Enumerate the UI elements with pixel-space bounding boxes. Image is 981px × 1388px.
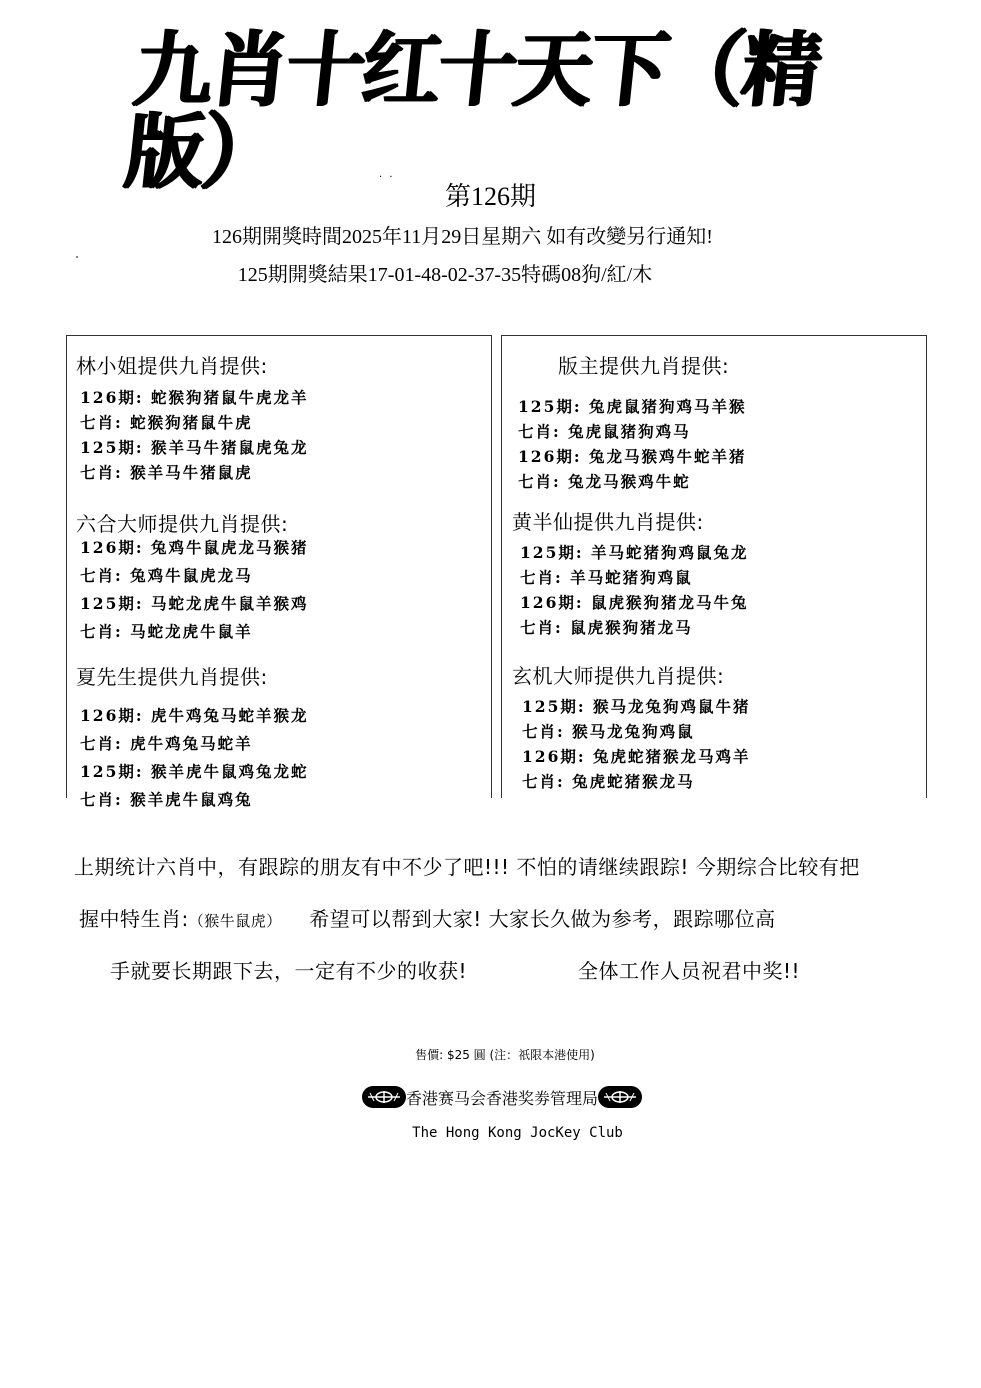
prediction-line: 125期: 猴羊马牛猪鼠虎兔龙: [80, 436, 308, 458]
message-text: 手就要长期跟下去，一定有不少的收获!: [110, 959, 467, 983]
prediction-line: 126期: 兔鸡牛鼠虎龙马猴猪: [80, 536, 308, 558]
last-draw-result: 125期開獎結果17-01-48-02-37-35特碼08狗/紅/木: [0, 258, 890, 287]
prediction-line: 七肖: 鼠虎猴狗猪龙马: [520, 616, 693, 638]
special-zodiac-pick: （猴牛鼠虎）: [189, 912, 282, 930]
section-title: 夏先生提供九肖提供:: [76, 661, 268, 690]
message-line-2: 握中特生肖:（猴牛鼠虎） 希望可以帮到大家! 大家长久做为参考，跟踪哪位高: [79, 903, 776, 932]
draw-time-notice: 126期開獎時間2025年11月29日星期六 如有改變另行通知!: [0, 220, 925, 249]
prediction-line: 125期: 兔虎鼠猪狗鸡马羊猴: [518, 395, 746, 417]
prediction-line: 七肖: 马蛇龙虎牛鼠羊: [80, 620, 253, 642]
club-name-english: The Hong Kong JocKey Club: [0, 1125, 981, 1141]
prediction-line: 七肖: 兔鸡牛鼠虎龙马: [80, 564, 253, 586]
section-title: 版主提供九肖提供:: [558, 350, 729, 379]
prediction-line: 125期: 羊马蛇猪狗鸡鼠兔龙: [520, 541, 748, 563]
prediction-line: 七肖: 兔虎蛇猪猴龙马: [522, 770, 695, 792]
prediction-line: 125期: 猴羊虎牛鼠鸡兔龙蛇: [80, 760, 308, 782]
title-banner: 九肖十红十天下（精版）: [130, 62, 820, 162]
prediction-line: 125期: 猴马龙兔狗鸡鼠牛猪: [522, 695, 750, 717]
prediction-line: 七肖: 兔龙马猴鸡牛蛇: [518, 470, 691, 492]
message-text: 希望可以帮到大家! 大家长久做为参考，跟踪哪位高: [309, 907, 775, 931]
message-line-1: 上期统计六肖中，有跟踪的朋友有中不少了吧!!! 不怕的请继续跟踪! 今期综合比较…: [74, 851, 860, 880]
prediction-line: 七肖: 猴羊马牛猪鼠虎: [80, 461, 253, 483]
section-title: 六合大师提供九肖提供:: [76, 508, 288, 537]
prediction-line: 七肖: 兔虎鼠猪狗鸡马: [518, 420, 691, 442]
hkjc-logo-icon: [598, 1086, 642, 1108]
club-name-row: 香港赛马会香港奖劵管理局: [362, 1083, 642, 1111]
hkjc-logo-icon: [362, 1086, 406, 1108]
message-text: 握中特生肖:: [79, 907, 189, 931]
message-greeting: 全体工作人员祝君中奖!!: [578, 955, 800, 984]
price-note: 售價: $25 圓 (注：祇限本港使用): [0, 1046, 981, 1063]
prediction-line: 七肖: 羊马蛇猪狗鸡鼠: [520, 566, 693, 588]
issue-number: 第126期: [0, 176, 981, 213]
prediction-line: 126期: 蛇猴狗猪鼠牛虎龙羊: [80, 386, 308, 408]
prediction-line: 126期: 鼠虎猴狗猪龙马牛兔: [520, 591, 748, 613]
prediction-line: 七肖: 猴马龙兔狗鸡鼠: [522, 720, 695, 742]
prediction-line: 七肖: 虎牛鸡兔马蛇羊: [80, 732, 253, 754]
prediction-line: 125期: 马蛇龙虎牛鼠羊猴鸡: [80, 592, 308, 614]
club-name-chinese: 香港赛马会香港奖劵管理局: [406, 1086, 598, 1109]
prediction-line: 126期: 兔龙马猴鸡牛蛇羊猪: [518, 445, 746, 467]
message-line-3: 手就要长期跟下去，一定有不少的收获!: [110, 955, 467, 984]
prediction-line: 七肖: 猴羊虎牛鼠鸡兔: [80, 788, 253, 810]
prediction-line: 126期: 虎牛鸡兔马蛇羊猴龙: [80, 704, 308, 726]
section-title: 林小姐提供九肖提供:: [76, 350, 268, 379]
section-title: 黄半仙提供九肖提供:: [512, 506, 704, 535]
prediction-line: 126期: 兔虎蛇猪猴龙马鸡羊: [522, 745, 750, 767]
page-title: 九肖十红十天下（精版）: [121, 30, 828, 194]
prediction-line: 七肖: 蛇猴狗猪鼠牛虎: [80, 411, 253, 433]
section-title: 玄机大师提供九肖提供:: [512, 660, 724, 689]
